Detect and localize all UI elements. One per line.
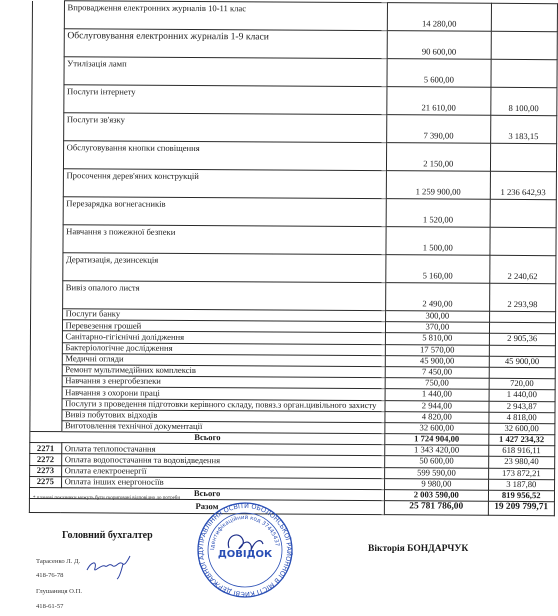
table-row: Обслуговування електронних журналів 1-9 … xyxy=(32,29,557,60)
item-name: Дератизація, дезинсекція xyxy=(62,253,386,283)
svg-text:ДОВІДОК: ДОВІДОК xyxy=(218,549,273,560)
table-row: Дератизація, дезинсекція5 160,002 240,62 xyxy=(31,252,556,283)
total-plan: 2 003 590,00 xyxy=(385,490,488,502)
kekv-code: 2272 xyxy=(30,454,62,465)
item-name: Обслуговування електронних журналів 1-9 … xyxy=(64,29,388,59)
fact-value xyxy=(489,345,556,357)
fact-value xyxy=(490,59,557,87)
plan-value: 2 150,00 xyxy=(387,143,491,172)
contact-name-1: Тарасенко Л. Д. xyxy=(36,558,80,565)
item-name: Послуги інтернету xyxy=(63,85,387,115)
total-plan: 25 781 786,00 xyxy=(385,501,488,516)
total-fact: 1 427 234,32 xyxy=(488,434,555,446)
fact-value xyxy=(489,367,556,379)
plan-value: 5 600,00 xyxy=(387,59,491,88)
plan-value: 14 280,00 xyxy=(387,3,491,32)
plan-value: 4 820,00 xyxy=(385,411,488,423)
plan-value: 50 600,00 xyxy=(385,456,488,468)
kekv-code: 2271 xyxy=(30,443,62,454)
table-row: Послуги зв'язку7 390,003 183,15 xyxy=(32,113,557,144)
fact-value: 1 236 642,93 xyxy=(490,171,557,199)
table-row: Впровадження електронних журналів 10-11 … xyxy=(32,1,557,32)
table-row: Обслуговування кнопки сповіщення2 150,00 xyxy=(31,141,556,172)
fact-value: 2 905,36 xyxy=(489,334,556,346)
chief-accountant-title: Головний бухгалтер xyxy=(62,530,153,541)
plan-value: 1 259 900,00 xyxy=(386,171,490,200)
table-row: Послуги інтернету21 610,008 100,00 xyxy=(32,85,557,116)
fact-value xyxy=(491,3,558,31)
fact-value: 2 943,87 xyxy=(488,401,555,413)
table-row: Утилізація ламп5 600,00 xyxy=(32,57,557,88)
plan-value: 90 600,00 xyxy=(387,31,491,60)
item-name: Утилізація ламп xyxy=(64,57,388,87)
document-page: Впровадження електронних журналів 10-11 … xyxy=(0,0,558,616)
plan-value: 599 590,00 xyxy=(385,467,488,479)
contact-phone-2: 418-61-57 xyxy=(36,603,63,610)
fact-value xyxy=(489,322,556,334)
table-row: Просочення дерев'яних конструкцій1 259 9… xyxy=(31,168,556,199)
fact-value: 4 818,00 xyxy=(488,412,555,424)
item-name: Обслуговування кнопки сповіщення xyxy=(63,141,387,171)
plan-value: 7 390,00 xyxy=(387,115,491,144)
kekv-code: 2275 xyxy=(30,476,62,487)
fact-value: 173 872,21 xyxy=(488,468,555,480)
fact-value: 23 980,40 xyxy=(488,457,555,469)
fact-value: 2 240,62 xyxy=(489,255,556,283)
fact-value: 2 293,98 xyxy=(489,283,556,311)
fact-value: 720,00 xyxy=(489,378,556,390)
total-fact: 19 209 799,71 xyxy=(488,501,555,515)
fact-value xyxy=(490,199,557,227)
plan-value: 17 570,00 xyxy=(385,344,488,356)
fact-value: 45 900,00 xyxy=(489,356,556,368)
table-row: Перезарядка вогнегасників1 520,00 xyxy=(31,196,556,227)
fact-value xyxy=(491,31,558,59)
budget-table: Впровадження електронних журналів 10-11 … xyxy=(29,0,558,516)
fact-value: 3 187,80 xyxy=(488,479,555,491)
plan-value: 5 160,00 xyxy=(386,255,490,284)
plan-value: 2 490,00 xyxy=(386,283,490,312)
contact-phone-1: 418-76-78 xyxy=(36,572,63,579)
fact-value xyxy=(489,311,556,323)
fact-value xyxy=(490,143,557,171)
fact-value: 32 600,00 xyxy=(488,423,555,435)
plan-value: 2 944,00 xyxy=(385,400,488,412)
table-row: Навчання з пожежної безпеки1 500,00 xyxy=(31,224,556,255)
item-name: Послуги зв'язку xyxy=(63,113,387,143)
item-name: Перезарядка вогнегасників xyxy=(63,197,387,227)
official-stamp-icon: УПРАВЛІННЯ ОСВІТИ ОБОЛОНСЬКОЇ РАЙОННОЇ В… xyxy=(195,500,295,600)
footnote: * планові показники можуть бути скоригов… xyxy=(33,496,180,501)
fact-value: 1 440,00 xyxy=(489,390,556,402)
signature-icon xyxy=(83,552,133,580)
fact-value: 3 183,15 xyxy=(490,115,557,143)
contact-name-2: Глушаниця О.П. xyxy=(36,588,82,595)
item-name: Навчання з пожежної безпеки xyxy=(63,225,387,255)
table-row: Вивіз опалого листя2 490,002 293,98 xyxy=(31,280,556,311)
plan-value: 21 610,00 xyxy=(387,87,491,116)
plan-value: 1 520,00 xyxy=(386,199,490,228)
fact-value: 8 100,00 xyxy=(490,87,557,115)
director-name: Вікторія БОНДАРЧУК xyxy=(368,544,468,554)
item-name: Вивіз опалого листя xyxy=(62,281,386,311)
plan-value: 1 500,00 xyxy=(386,227,490,256)
fact-value: 618 916,11 xyxy=(488,446,555,458)
total-fact: 819 956,52 xyxy=(488,490,555,502)
plan-value: 5 810,00 xyxy=(386,333,489,345)
item-name: Просочення дерев'яних конструкцій xyxy=(63,169,387,199)
plan-value: 45 900,00 xyxy=(385,355,488,367)
kekv-code: 2273 xyxy=(30,465,62,476)
svg-text:Ідентифікаційний код 37445437: Ідентифікаційний код 37445437 xyxy=(210,514,280,550)
plan-value: 1 440,00 xyxy=(385,389,488,401)
fact-value xyxy=(489,227,556,255)
item-name: Впровадження електронних журналів 10-11 … xyxy=(64,1,388,31)
code-cell xyxy=(30,1,64,432)
